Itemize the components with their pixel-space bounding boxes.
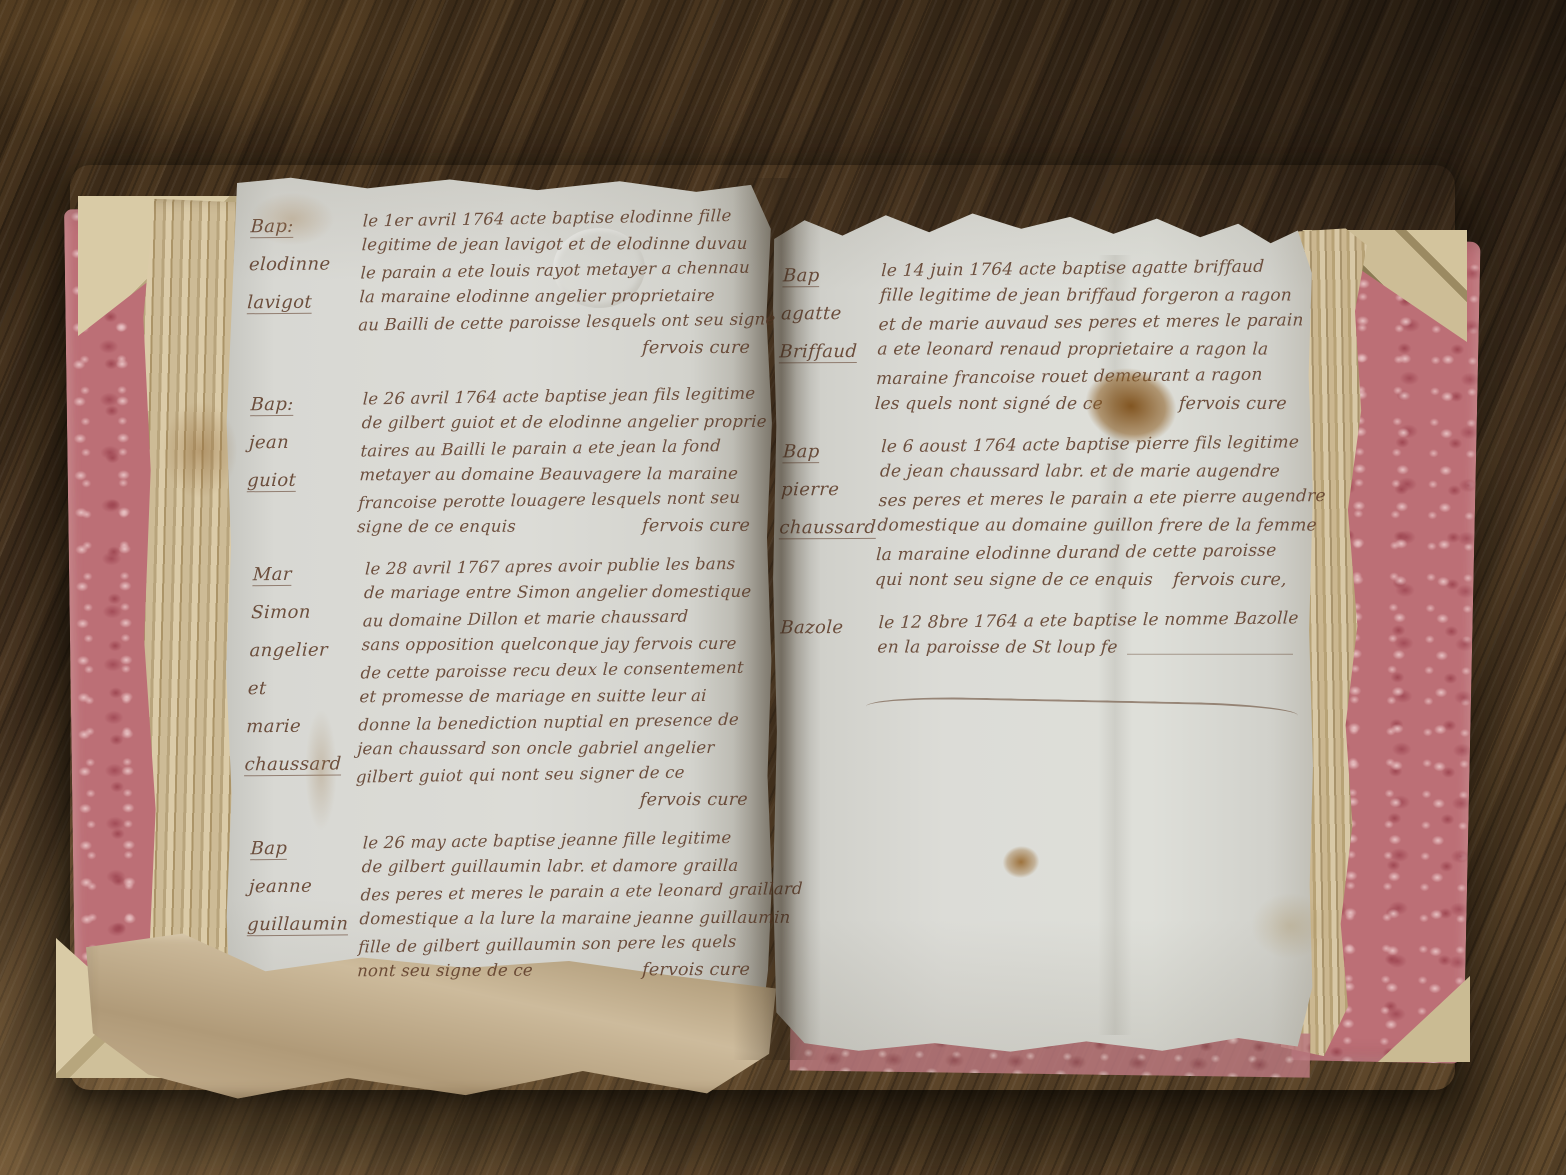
entry-line: jean chaussard son oncle gabriel angelie…	[357, 735, 761, 762]
entry-body: le 12 8bre 1764 a ete baptise le nomme B…	[877, 607, 1302, 663]
entry-line: francoise perotte louagere lesquels nont…	[358, 485, 762, 517]
cure-signature: fervois cure,	[1172, 567, 1297, 594]
register-entry: MarSimonangelieretmariechaussardle 28 av…	[242, 552, 768, 817]
margin-word: et	[247, 669, 355, 708]
margin-word: jeanne	[248, 867, 356, 906]
margin-word: guillaumin	[246, 905, 354, 944]
cure-signature: fervois cure	[642, 335, 761, 361]
entry-line: le 1er avril 1764 acte baptise elodinne …	[362, 202, 766, 234]
entry-line: a ete leonard renaud proprietaire a rago…	[877, 337, 1300, 364]
entry-body: le 1er avril 1764 acte baptise elodinne …	[357, 204, 767, 364]
entry-line: le 26 may acte baptise jeanne fille legi…	[362, 824, 766, 856]
entry-margin-label: Bappierrechaussard	[776, 433, 876, 596]
margin-word: jean	[248, 423, 356, 462]
entry-margin-label: Bazole	[779, 609, 874, 663]
margin-word: marie	[245, 707, 353, 746]
entry-line: nont seu signe de cefervois cure	[357, 957, 761, 984]
entry-line: qui nont seu signe de ce enquisfervois c…	[874, 567, 1297, 594]
margin-word: Bap:	[250, 207, 358, 246]
margin-word: Bap:	[250, 385, 358, 424]
entry-line: de gilbert guiot et de elodinne angelier…	[361, 409, 765, 436]
entry-margin-label: Bap:jeanguiot	[245, 385, 358, 542]
cure-signature: fervois cure	[1178, 391, 1297, 418]
register-entry: Bappierrechaussardle 6 aoust 1764 acte b…	[776, 431, 1304, 596]
entry-line: domestique a la lure la maraine jeanne g…	[359, 905, 763, 932]
entry-line: de gilbert guillaumin labr. et damore gr…	[361, 853, 765, 880]
entry-line-text: signe de ce enquis	[357, 514, 517, 541]
entry-line: le 12 8bre 1764 a ete baptise le nomme B…	[878, 605, 1301, 637]
entry-body: le 26 avril 1764 acte baptise jean fils …	[357, 382, 767, 542]
right-page-entries: BapagatteBriffaudle 14 juin 1764 acte ba…	[780, 250, 1300, 1036]
register-entry: Bapjeanneguillauminle 26 may acte baptis…	[245, 826, 767, 987]
entry-line-text: les quels nont signé de ce	[874, 391, 1103, 418]
entry-body: le 14 juin 1764 acte baptise agatte brif…	[874, 255, 1304, 419]
entry-line: de jean chaussard labr. et de marie auge…	[879, 459, 1302, 486]
entry-margin-label: Bap:elodinnelavigot	[245, 207, 358, 364]
margin-word: agatte	[780, 295, 874, 333]
entry-line: le 14 juin 1764 acte baptise agatte brif…	[881, 253, 1304, 285]
entry-line-text	[354, 788, 355, 814]
margin-word: lavigot	[246, 283, 354, 322]
register-entry: BapagatteBriffaudle 14 juin 1764 acte ba…	[776, 255, 1304, 420]
entry-line: metayer au domaine Beauvagere la maraine	[359, 461, 763, 488]
entry-line: fervois cure	[357, 335, 761, 362]
entry-line: de cette paroisse recu deux le consentem…	[360, 655, 764, 687]
entry-margin-label: Bapjeanneguillaumin	[245, 829, 358, 986]
entry-line-text: qui nont seu signe de ce enquis	[874, 567, 1154, 594]
entry-line: taires au Bailli le parain a ete jean la…	[360, 433, 764, 465]
ink-rule	[1127, 635, 1294, 655]
margin-word: Mar	[252, 555, 360, 594]
margin-word: angelier	[249, 631, 357, 670]
entry-line: la maraine elodinne durand de cette paro…	[875, 537, 1298, 569]
entry-line: le 26 avril 1764 acte baptise jean fils …	[362, 380, 766, 412]
entry-line: donne la benediction nuptial en presence…	[358, 707, 762, 739]
entry-line: la maraine elodinne angelier proprietair…	[359, 283, 763, 310]
entry-line: et de marie auvaud ses peres et meres le…	[878, 307, 1301, 339]
entry-line: le 6 aoust 1764 acte baptise pierre fils…	[881, 429, 1304, 461]
entry-line-text: nont seu signe de ce	[357, 958, 534, 985]
entry-line-text: en la paroisse de St loup fe	[877, 635, 1119, 662]
entry-line: les quels nont signé de cefervois cure	[874, 391, 1297, 418]
entry-margin-label: BapagatteBriffaud	[776, 257, 876, 420]
register-entry: Bazolele 12 8bre 1764 a ete baptise le n…	[779, 607, 1302, 664]
margin-word: Bazole	[779, 609, 873, 647]
entry-line-text	[357, 336, 358, 362]
margin-word: Bap	[250, 829, 358, 868]
entry-line: domestique au domaine guillon frere de l…	[877, 513, 1300, 540]
entry-line: le parain a ete louis rayot metayer a ch…	[360, 255, 764, 287]
entry-line: sans opposition quelconque jay fervois c…	[361, 631, 765, 658]
margin-word: elodinne	[248, 245, 356, 284]
entry-line: legitime de jean lavigot et de elodinne …	[361, 231, 765, 258]
entry-line: au Bailli de cette paroisse lesquels ont…	[358, 307, 762, 339]
entry-line: le 28 avril 1767 apres avoir publie les …	[365, 550, 769, 582]
cure-signature: fervois cure	[642, 957, 761, 983]
entry-line: de mariage entre Simon angelier domestiq…	[363, 579, 767, 606]
margin-word: Simon	[250, 593, 358, 632]
entry-line: fille legitime de jean briffaud forgeron…	[879, 283, 1302, 310]
margin-word: Bap	[782, 433, 876, 471]
entry-line: fervois cure	[354, 787, 758, 814]
margin-word: chaussard	[778, 509, 872, 547]
entry-line: maraine francoise rouet demeurant a rago…	[875, 361, 1298, 393]
entry-line: des peres et meres le parain a ete leona…	[360, 877, 764, 909]
entry-body: le 26 may acte baptise jeanne fille legi…	[357, 826, 767, 986]
entry-line: fille de gilbert guillaumin son pere les…	[358, 929, 762, 961]
register-entry: Bap:jeanguiotle 26 avril 1764 acte bapti…	[245, 382, 767, 543]
entry-line: au domaine Dillon et marie chaussard	[362, 602, 766, 634]
margin-word: Bap	[782, 257, 876, 295]
margin-word: pierre	[780, 471, 874, 509]
margin-word: guiot	[246, 461, 354, 500]
margin-word: Briffaud	[778, 333, 872, 371]
margin-word: chaussard	[244, 745, 352, 784]
entry-line: gilbert guiot qui nont seu signer de ce	[355, 759, 759, 791]
cure-signature: fervois cure	[639, 787, 758, 813]
register-entry: Bap:elodinnelavigotle 1er avril 1764 act…	[245, 204, 767, 365]
photo-scene: Bap:elodinnelavigotle 1er avril 1764 act…	[0, 0, 1566, 1175]
left-page-entries: Bap:elodinnelavigotle 1er avril 1764 act…	[248, 198, 763, 1062]
entry-body: le 28 avril 1767 apres avoir publie les …	[354, 552, 768, 816]
entry-line: et promesse de mariage en suitte leur ai	[359, 683, 763, 710]
entry-margin-label: MarSimonangelieretmariechaussard	[242, 555, 359, 816]
entry-line: signe de ce enquisfervois cure	[357, 513, 761, 540]
cure-signature: fervois cure	[642, 513, 761, 539]
entry-line: en la paroisse de St loup fe	[877, 635, 1300, 662]
entry-line: ses peres et meres le parain a ete pierr…	[878, 483, 1301, 515]
entry-body: le 6 aoust 1764 acte baptise pierre fils…	[874, 431, 1304, 595]
